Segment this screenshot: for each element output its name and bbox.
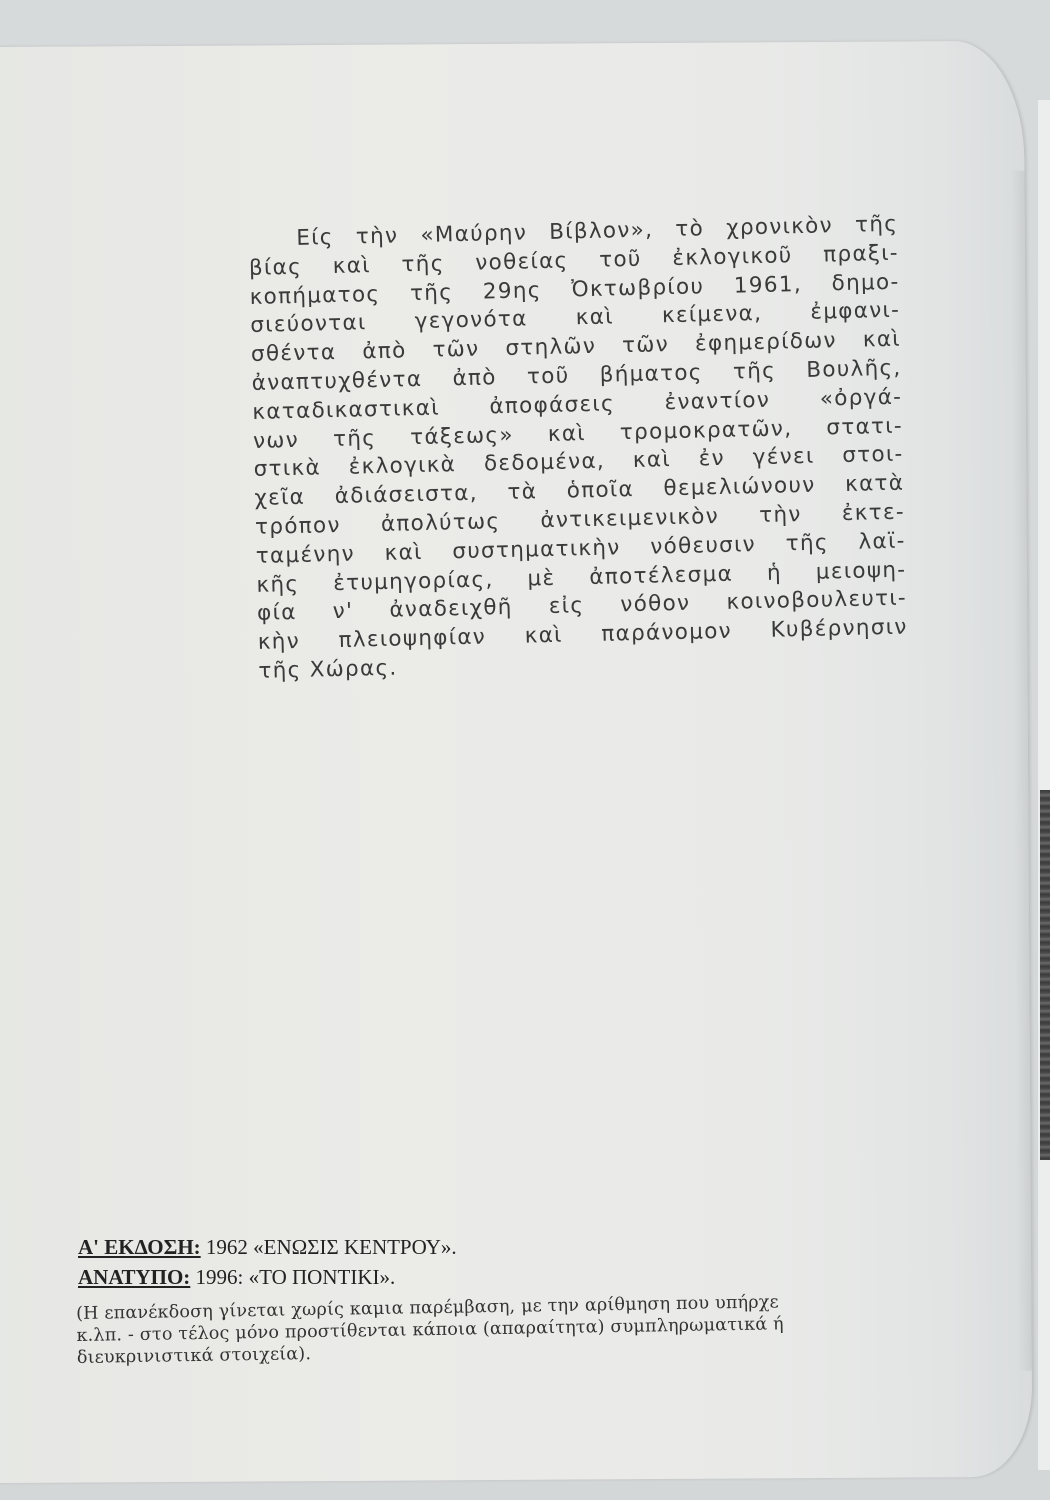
reprint-row: ΑΝΑΤΥΠΟ: 1996: «ΤΟ ΠΟΝΤΙΚΙ».: [78, 1262, 457, 1292]
underlying-page-photo-strip: [1040, 790, 1050, 1160]
first-edition-label: Α' ΕΚΔΟΣΗ:: [78, 1235, 201, 1259]
underlying-page-edge: [1038, 100, 1050, 1470]
scanned-book-spread: Είς τὴν «Μαύρην Βίβλον», τὸ χρονικὸν τῆς…: [0, 0, 1050, 1500]
intro-paragraph: Είς τὴν «Μαύρην Βίβλον», τὸ χρονικὸν τῆς…: [248, 211, 909, 687]
page-curl-shadow: [1010, 171, 1031, 1371]
first-edition-value: 1962 «ΕΝΩΣΙΣ ΚΕΝΤΡΟΥ».: [201, 1235, 457, 1259]
first-edition-row: Α' ΕΚΔΟΣΗ: 1962 «ΕΝΩΣΙΣ ΚΕΝΤΡΟΥ».: [78, 1232, 457, 1262]
reprint-value: 1996: «ΤΟ ΠΟΝΤΙΚΙ».: [190, 1265, 395, 1289]
edition-credits: Α' ΕΚΔΟΣΗ: 1962 «ΕΝΩΣΙΣ ΚΕΝΤΡΟΥ». ΑΝΑΤΥΠ…: [78, 1232, 457, 1292]
reprint-label: ΑΝΑΤΥΠΟ:: [78, 1265, 190, 1289]
